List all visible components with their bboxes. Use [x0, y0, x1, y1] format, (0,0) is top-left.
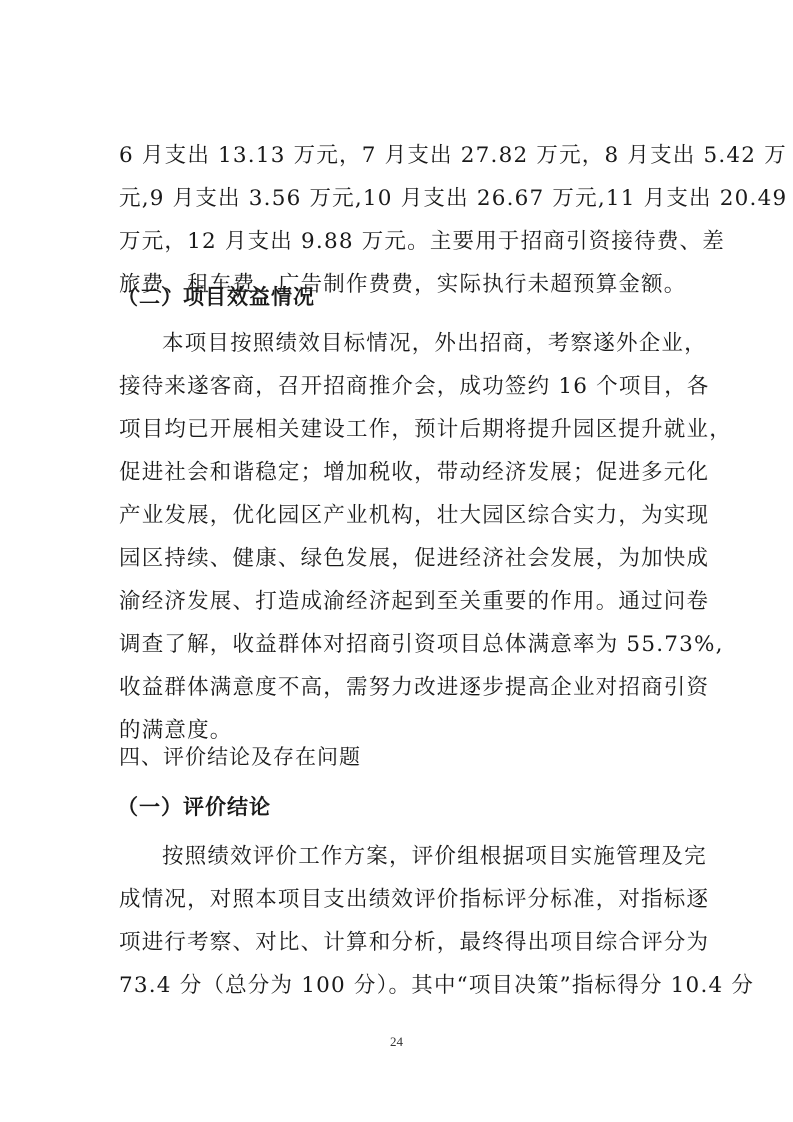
body-text-line: 项进行考察、对比、计算和分析，最终得出项目综合评分为	[119, 928, 679, 958]
body-text-line: 成情况，对照本项目支出绩效评价指标评分标准，对指标逐	[119, 885, 679, 915]
body-text-line: 本项目按照绩效目标情况，外出招商，考察遂外企业，	[162, 329, 679, 359]
body-text-line: 项目均已开展相关建设工作，预计后期将提升园区提升就业，	[119, 415, 679, 445]
body-text-line: 收益群体满意度不高，需努力改进逐步提高企业对招商引资	[119, 673, 679, 703]
body-text-line: 73.4 分（总分为 100 分）。其中“项目决策”指标得分 10.4 分	[119, 971, 679, 1001]
body-text-line: 园区持续、健康、绿色发展，促进经济社会发展，为加快成	[119, 544, 679, 574]
body-text-line: 渝经济发展、打造成渝经济起到至关重要的作用。通过问卷	[119, 587, 679, 617]
section-heading-conclusion: （一）评价结论	[117, 792, 271, 822]
section-heading-benefits: （二）项目效益情况	[117, 282, 315, 312]
body-text-line: 万元，12 月支出 9.88 万元。主要用于招商引资接待费、差	[119, 227, 679, 257]
body-text-line: 调查了解，收益群体对招商引资项目总体满意率为 55.73%,	[119, 630, 679, 660]
page-number: 24	[0, 1034, 793, 1050]
body-text-line: 元,9 月支出 3.56 万元,10 月支出 26.67 万元,11 月支出 2…	[119, 184, 679, 214]
section-heading-conclusions-issues: 四、评价结论及存在问题	[119, 742, 361, 772]
body-text-line: 按照绩效评价工作方案，评价组根据项目实施管理及完	[162, 842, 679, 872]
body-text-line: 促进社会和谐稳定；增加税收，带动经济发展；促进多元化	[119, 458, 679, 488]
body-text-line: 6 月支出 13.13 万元，7 月支出 27.82 万元，8 月支出 5.42…	[119, 141, 679, 171]
document-page: 6 月支出 13.13 万元，7 月支出 27.82 万元，8 月支出 5.42…	[0, 0, 793, 1122]
body-text-line: 接待来遂客商，召开招商推介会，成功签约 16 个项目，各	[119, 372, 679, 402]
body-text-line: 产业发展，优化园区产业机构，壮大园区综合实力，为实现	[119, 501, 679, 531]
